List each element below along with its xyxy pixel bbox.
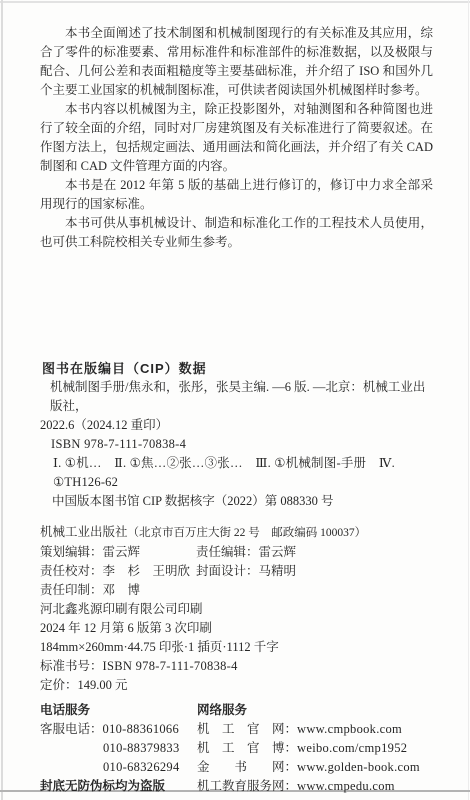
phone-service-heading: 电话服务 [40,701,197,720]
publisher-line: 机械工业出版社（北京市百万庄大街 22 号 邮政编码 100037） [40,523,433,543]
cip-record-number-line: 中国版本图书馆 CIP 数据核字（2022）第 088330 号 [40,492,433,511]
network-service-column: 网络服务 机 工 官 网：www.cmpbook.com 机 工 官 博：wei… [197,701,433,796]
editors-row: 责任校对：李 杉 王明欣 封面设计：马精明 [40,562,433,581]
cip-heading: 图书在版编目（CIP）数据 [42,359,433,378]
summary-paragraph: 本书可供从事机械设计、制造和标准化工作的工程技术人员使用，也可供工科院校相关专业… [40,214,433,252]
book-number-line: 标准书号：ISBN 978-7-111-70838-4 [40,657,433,676]
printer-line: 河北鑫兆源印刷有限公司印刷 [40,600,433,619]
customer-phone-line: 客服电话：010-88361066 [40,720,197,739]
page-content: 本书全面阐述了技术制图和机械制图现行的有关标准及其应用，综合了零件的标准要素、常… [0,0,470,796]
anti-piracy-warning: 封底无防伪标均为盗版 [40,777,197,796]
cip-entry-continuation: 2022.6（2024.12 重印） [40,416,433,435]
format-line: 184mm×260mm·44.75 印张·1 插页·1112 千字 [40,638,433,657]
imprint-block: 机械工业出版社（北京市百万庄大街 22 号 邮政编码 100037） 策划编辑：… [40,523,433,695]
phone-service-column: 电话服务 客服电话：010-88361066 010-88379833 010-… [40,701,197,796]
planning-editor: 策划编辑：雷云辉 [40,543,196,562]
summary-paragraph: 本书是在 2012 年第 5 版的基础上进行修订的，修订中力求全部采用现行的国家… [40,176,433,214]
price-line: 定价：149.00 元 [40,676,433,695]
network-service-row: 机 工 官 博：weibo.com/cmp1952 [197,739,433,758]
customer-phone-line: 010-88379833 [40,739,197,758]
network-service-row: 机 工 官 网：www.cmpbook.com [197,720,433,739]
cip-data-block: 图书在版编目（CIP）数据 机械制图手册/焦永和，张彤，张昊主编. —6 版. … [40,359,433,511]
copyright-page: 本书全面阐述了技术制图和机械制图现行的有关标准及其应用，综合了零件的标准要素、常… [0,0,470,800]
cip-entry-line: 机械制图手册/焦永和，张彤，张昊主编. —6 版. —北京：机械工业出版社， [40,378,433,416]
classification-line: Ⅰ. ①机… Ⅱ. ①焦…②张…③张… Ⅲ. ①机械制图-手册 Ⅳ. ①TH12… [40,454,433,492]
summary-paragraph: 本书内容以机械图为主，除正投影图外，对轴测图和各种简图也进行了较全面的介绍，同时… [40,100,433,176]
book-summary: 本书全面阐述了技术制图和机械制图现行的有关标准及其应用，综合了零件的标准要素、常… [40,24,433,252]
responsible-editor: 责任编辑：雷云辉 [196,543,296,562]
network-service-heading: 网络服务 [197,701,433,720]
editors-row: 策划编辑：雷云辉 责任编辑：雷云辉 [40,543,433,562]
customer-phone-line: 010-68326294 [40,758,197,777]
print-supervisor: 责任印制：邓 博 [40,581,433,600]
isbn-line: ISBN 978-7-111-70838-4 [40,435,433,454]
network-service-row: 金 书 网：www.golden-book.com [197,758,433,777]
summary-paragraph: 本书全面阐述了技术制图和机械制图现行的有关标准及其应用，综合了零件的标准要素、常… [40,24,433,100]
proofreaders: 责任校对：李 杉 王明欣 [40,562,196,581]
service-contacts: 电话服务 客服电话：010-88361066 010-88379833 010-… [40,701,433,796]
publisher-address: （北京市百万庄大街 22 号 邮政编码 100037） [128,527,367,539]
edition-line: 2024 年 12 月第 6 版第 3 次印刷 [40,619,433,638]
cover-designer: 封面设计：马精明 [196,562,296,581]
network-service-row: 机工教育服务网：www.cmpedu.com [197,777,433,796]
publisher-name: 机械工业出版社 [40,525,128,539]
